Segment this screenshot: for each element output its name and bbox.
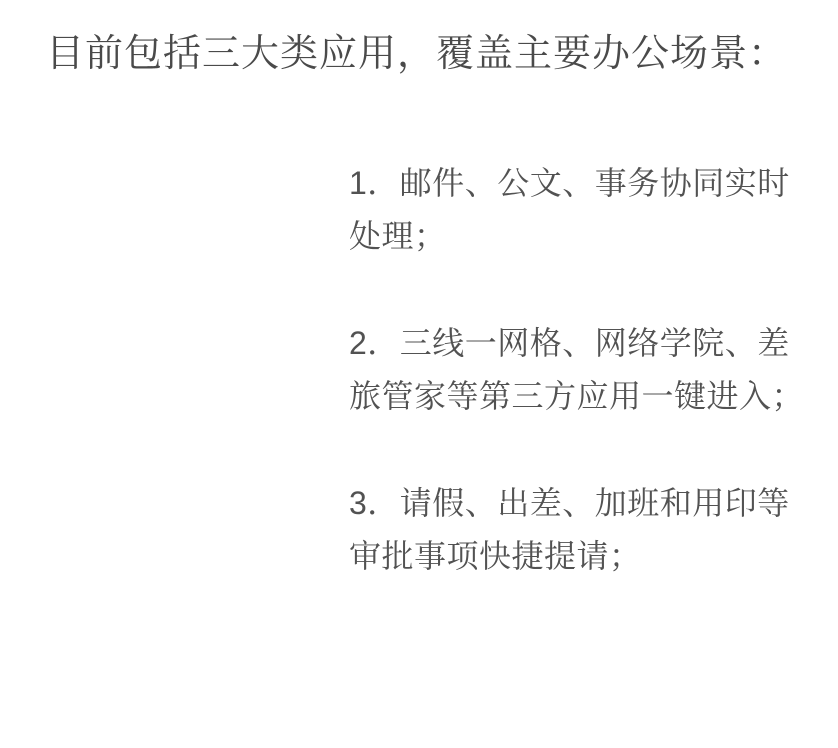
document-page: 目前包括三大类应用，覆盖主要办公场景： 1．邮件、公文、事务协同实时 处理； 2… <box>0 0 838 748</box>
page-title: 目前包括三大类应用，覆盖主要办公场景： <box>46 22 787 77</box>
list-item-3: 3．请假、出差、加班和用印等 审批事项快捷提请； <box>349 477 829 583</box>
feature-list: 1．邮件、公文、事务协同实时 处理； 2．三线一网格、网络学院、差 旅管家等第三… <box>349 157 829 583</box>
list-item-1: 1．邮件、公文、事务协同实时 处理； <box>349 157 829 263</box>
list-item-2: 2．三线一网格、网络学院、差 旅管家等第三方应用一键进入； <box>349 317 829 423</box>
